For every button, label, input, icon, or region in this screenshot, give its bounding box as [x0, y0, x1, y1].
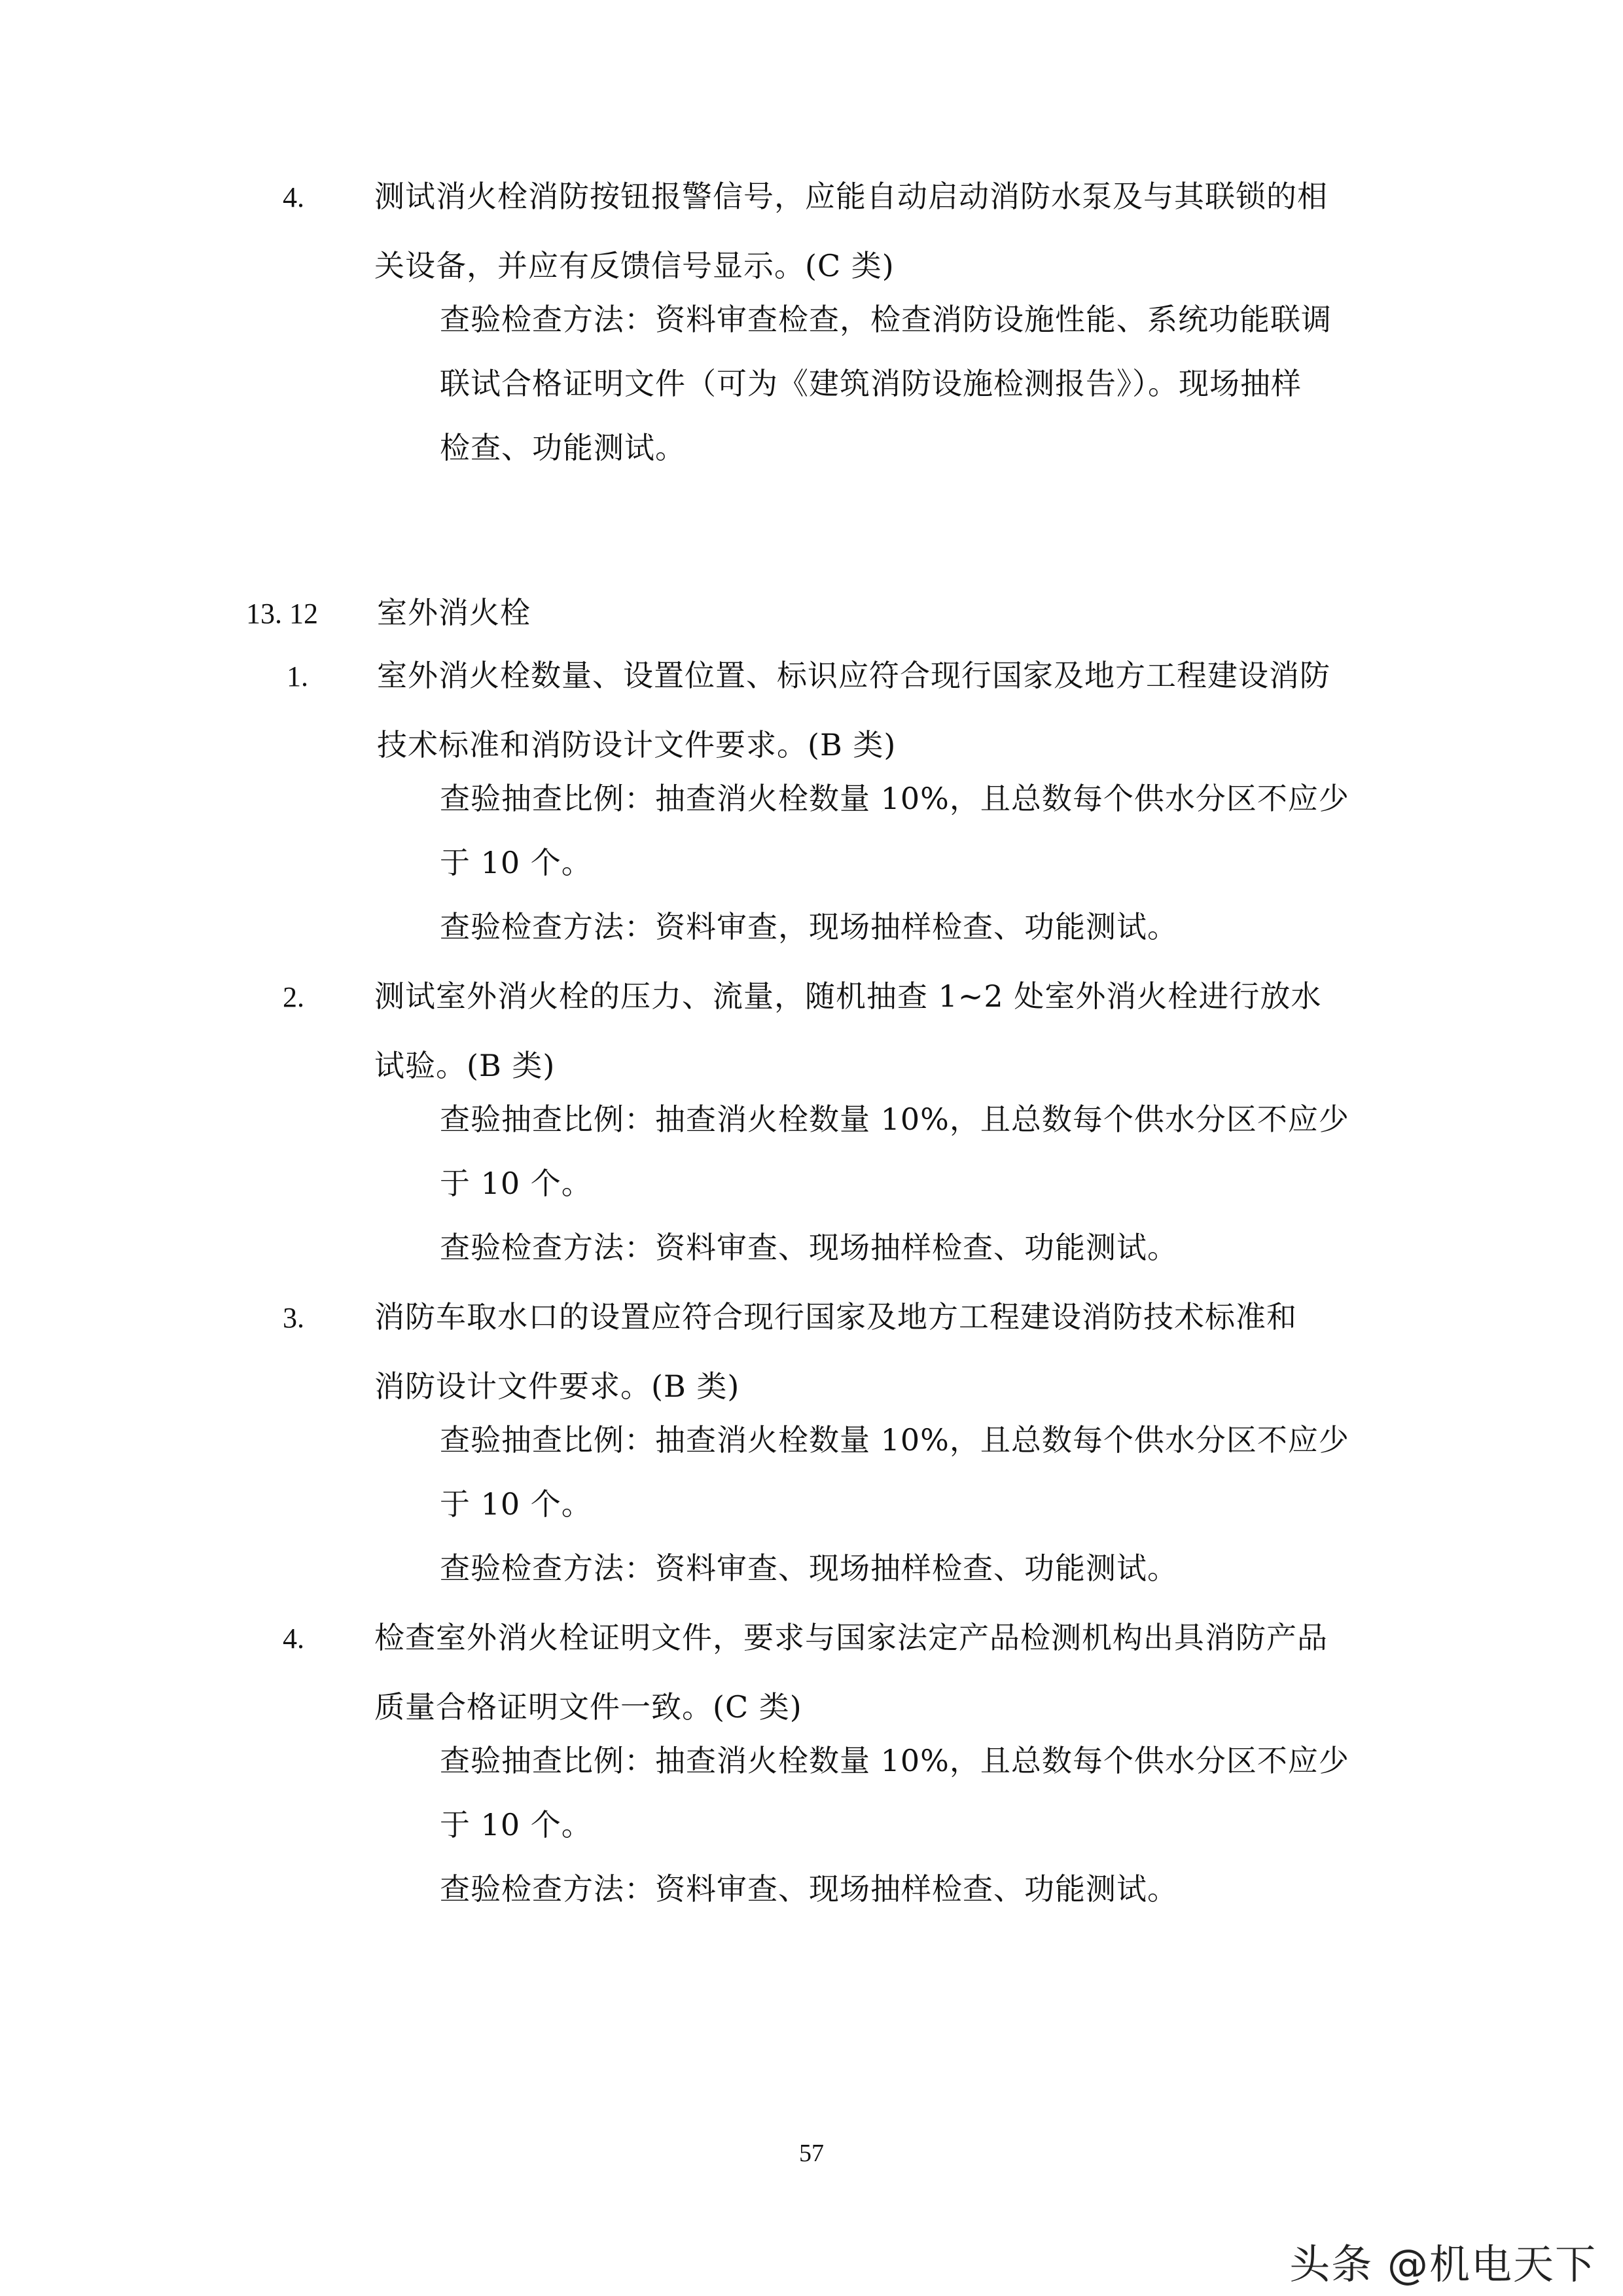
- item-text-line: 技术标准和消防设计文件要求。(B 类): [377, 725, 896, 764]
- ratio-line: 于 10 个。: [440, 1164, 592, 1203]
- item-text-line: 测试消火栓消防按钮报警信号，应能自动启动消防水泵及与其联锁的相: [374, 177, 1328, 216]
- item-text-line: 试验。(B 类): [374, 1046, 555, 1085]
- item-text-line: 检查室外消火栓证明文件，要求与国家法定产品检测机构出具消防产品: [374, 1618, 1328, 1657]
- method-line: 查验检查方法：资料审查、现场抽样检查、功能测试。: [440, 1228, 1178, 1267]
- ratio-line: 查验抽查比例：抽查消火栓数量 10%，且总数每个供水分区不应少: [440, 1100, 1349, 1139]
- ratio-line: 查验抽查比例：抽查消火栓数量 10%，且总数每个供水分区不应少: [440, 1741, 1349, 1780]
- method-line: 查验检查方法：资料审查，现场抽样检查、功能测试。: [440, 907, 1178, 946]
- item-number: 1.: [287, 657, 308, 696]
- method-line: 查验检查方法：资料审查、现场抽样检查、功能测试。: [440, 1549, 1178, 1588]
- watermark: 头条 @机电天下: [1289, 2232, 1597, 2290]
- item-text-line: 室外消火栓数量、设置位置、标识应符合现行国家及地方工程建设消防: [377, 656, 1330, 695]
- item-text-line: 关设备，并应有反馈信号显示。(C 类): [374, 246, 895, 285]
- item-text-line: 消防设计文件要求。(B 类): [374, 1367, 740, 1406]
- item-number: 4.: [283, 178, 304, 217]
- ratio-line: 于 10 个。: [440, 1805, 592, 1844]
- ratio-line: 于 10 个。: [440, 1484, 592, 1524]
- method-line: 检查、功能测试。: [440, 428, 686, 467]
- item-number: 4.: [283, 1619, 304, 1659]
- ratio-line: 查验抽查比例：抽查消火栓数量 10%，且总数每个供水分区不应少: [440, 779, 1349, 818]
- page-number: 57: [0, 2139, 1623, 2168]
- ratio-line: 查验抽查比例：抽查消火栓数量 10%，且总数每个供水分区不应少: [440, 1420, 1349, 1460]
- method-line: 查验检查方法：资料审查、现场抽样检查、功能测试。: [440, 1869, 1178, 1909]
- section-number: 13. 12: [246, 594, 318, 634]
- method-line: 查验检查方法：资料审查检查，检查消防设施性能、系统功能联调: [440, 300, 1332, 339]
- section-title: 室外消火栓: [377, 593, 531, 632]
- item-text-line: 消防车取水口的设置应符合现行国家及地方工程建设消防技术标准和: [374, 1297, 1297, 1336]
- item-text-line: 测试室外消火栓的压力、流量，随机抽查 1~2 处室外消火栓进行放水: [374, 977, 1321, 1016]
- item-number: 2.: [283, 978, 304, 1017]
- method-line: 联试合格证明文件（可为《建筑消防设施检测报告》）。现场抽样: [440, 364, 1302, 403]
- ratio-line: 于 10 个。: [440, 843, 592, 882]
- item-text-line: 质量合格证明文件一致。(C 类): [374, 1687, 802, 1727]
- item-number: 3.: [283, 1299, 304, 1338]
